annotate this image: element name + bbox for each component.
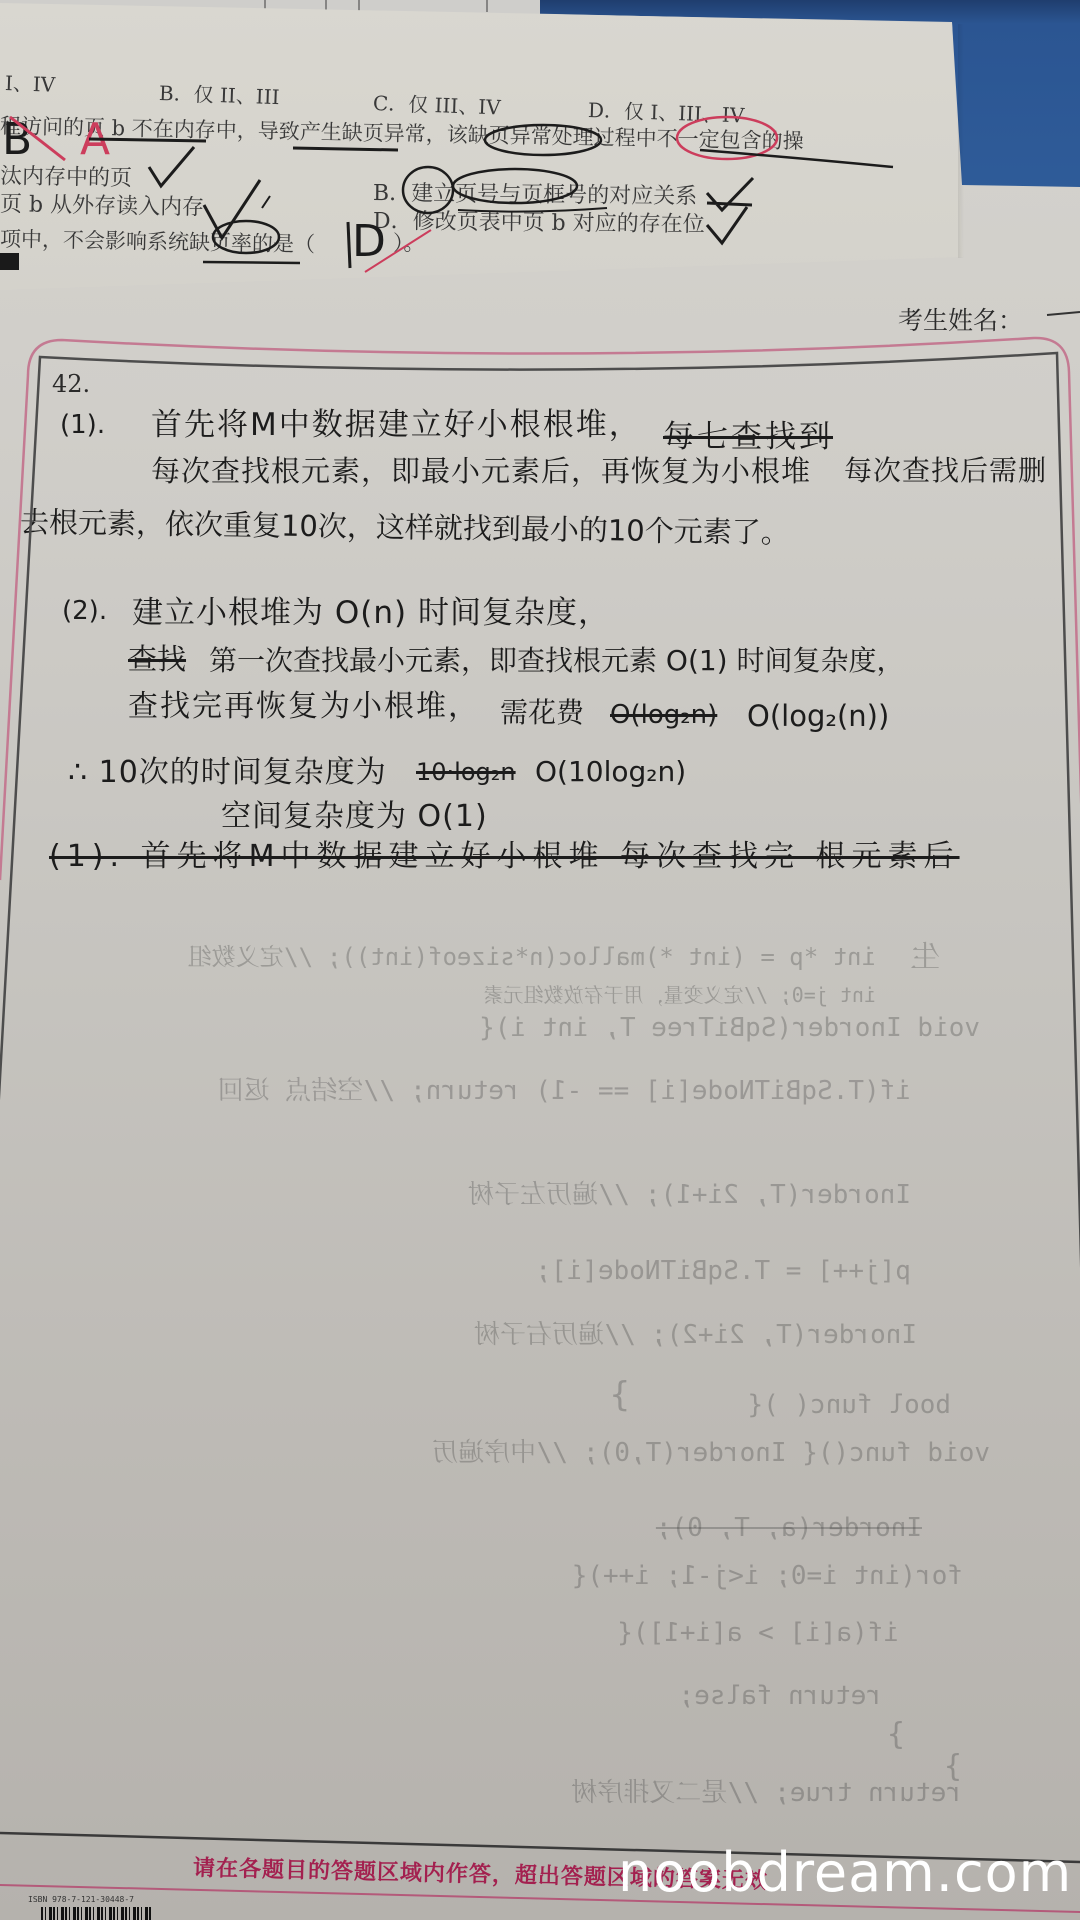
candidate-name-label: 考生姓名： xyxy=(898,308,1023,333)
bleed-through-line: void Inorder(SqBiTree T, int i){ xyxy=(423,1015,980,1041)
bleed-through-line: Inorder(T, 2i+1); //遍历左子树 xyxy=(394,1182,911,1208)
part1-label: (1). xyxy=(60,412,105,438)
bleed-through-line: return true; //是二叉排序树 xyxy=(469,1780,962,1806)
option-prev-d: D．仅 I、III、IV xyxy=(588,100,745,125)
isbn-label: ISBN 978-7-121-30448-7 xyxy=(28,1896,134,1904)
part1-line2: 每次查找根元素，即最小元素后，再恢复为小根堆 xyxy=(151,457,811,486)
question-sheet xyxy=(0,0,1080,300)
bleed-through-line: bool func( ){ xyxy=(721,1392,951,1418)
question-sheet-edge-shadow xyxy=(958,24,964,258)
option-a-tail: 汰内存中的页 xyxy=(0,166,132,190)
option-prev-b: B．仅 II、III xyxy=(159,83,280,107)
sheet-alignment-marker xyxy=(0,253,19,270)
red-answer-letter: A xyxy=(80,118,110,162)
bleed-through-glyph: 生 xyxy=(899,943,940,973)
barcode xyxy=(41,1907,152,1920)
part2-line1: 建立小根堆为 O(n) 时间复杂度， xyxy=(132,598,610,629)
part2-line2: 第一次查找最小元素，即查找根元素 O(1) 时间复杂度， xyxy=(209,647,905,675)
bleed-through-line: Inorder(T, 2i+2); //遍历右子树 xyxy=(388,1322,917,1348)
part2-line5: 空间复杂度为 O(1) xyxy=(221,802,488,832)
part2-line3-tail: O(log₂(n)) xyxy=(747,702,889,731)
option-prev-a: I、IV xyxy=(5,73,56,95)
answer-area-inner-border xyxy=(0,353,1080,1862)
bleed-through-line: if(a[i] > a[i+1]){ xyxy=(578,1620,899,1646)
option-b: B．建立页号与页框号的对应关系 xyxy=(373,183,697,208)
part1-line3: 去根元素，依次重复10次，这样就找到最小的10个元素了。 xyxy=(20,508,790,548)
option-prev-c: C．仅 III、IV xyxy=(373,93,501,117)
part2-line4-struck: 10·log₂n xyxy=(416,760,516,784)
question-number: 42. xyxy=(52,372,90,396)
bleed-through-line: if(T.SqBiTNode[i] == -1) return; //空结点 返… xyxy=(147,1078,911,1104)
part2-line3: 查找完再恢复为小根堆， xyxy=(128,692,480,722)
next-answer-letter: D xyxy=(352,220,386,264)
bleed-through-line: return false; xyxy=(658,1683,882,1709)
part2-line3-mid: 需花费 xyxy=(500,699,584,727)
bleed-through-line: } xyxy=(607,1378,630,1412)
crossed-answer-letter: B xyxy=(2,118,32,162)
next-question-stem: 项中，不会影响系统缺页率的是（ xyxy=(0,229,315,255)
bleed-through-line: } xyxy=(882,1720,905,1750)
part1-line1: 首先将M中数据建立好小根根堆， xyxy=(151,410,642,441)
bleed-through-line: p[j++] = T.SqBiTNode[i]; xyxy=(492,1258,911,1284)
watermark: noobdream.com xyxy=(618,1846,1072,1900)
paper-tick-mark xyxy=(486,0,488,12)
option-c-tail: 页 b 从外存读入内存 xyxy=(0,194,204,220)
bleed-through-line: int *p = (int *)malloc(n*sizeof(int)); /… xyxy=(119,945,876,969)
candidate-name-underline xyxy=(1047,312,1080,315)
struck-restart-line: (1). 首先将M中数据建立好小根堆 每次查找完 根元素后 xyxy=(49,842,960,872)
part2-line3-struck: O(log₂n) xyxy=(610,702,717,728)
answer-area-outer-red-border xyxy=(0,338,1080,1890)
bleed-through-line: void func(){ Inorder(T,0); //中序遍历 xyxy=(360,1440,990,1466)
part1-line2-tail: 每次查找后需删 xyxy=(844,457,1047,485)
next-question-stem-close: ）。 xyxy=(393,233,425,254)
part1-line1-struck: 每七查找到 xyxy=(663,422,833,453)
part2-line2-struck: 查找 xyxy=(128,645,186,674)
bleed-through-line: for(int i=0; i<j-1; i++){ xyxy=(532,1563,963,1589)
part2-label: (2). xyxy=(62,598,107,624)
part2-line4: ∴ 10次的时间复杂度为 xyxy=(68,758,387,788)
part2-line4-tail: O(10log₂n) xyxy=(535,758,686,786)
bleed-through-line: Inorder(a, T, 0); xyxy=(595,1515,922,1541)
bleed-through-line: int j=0; //定义变量，用于存放数组元素 xyxy=(308,985,876,1005)
